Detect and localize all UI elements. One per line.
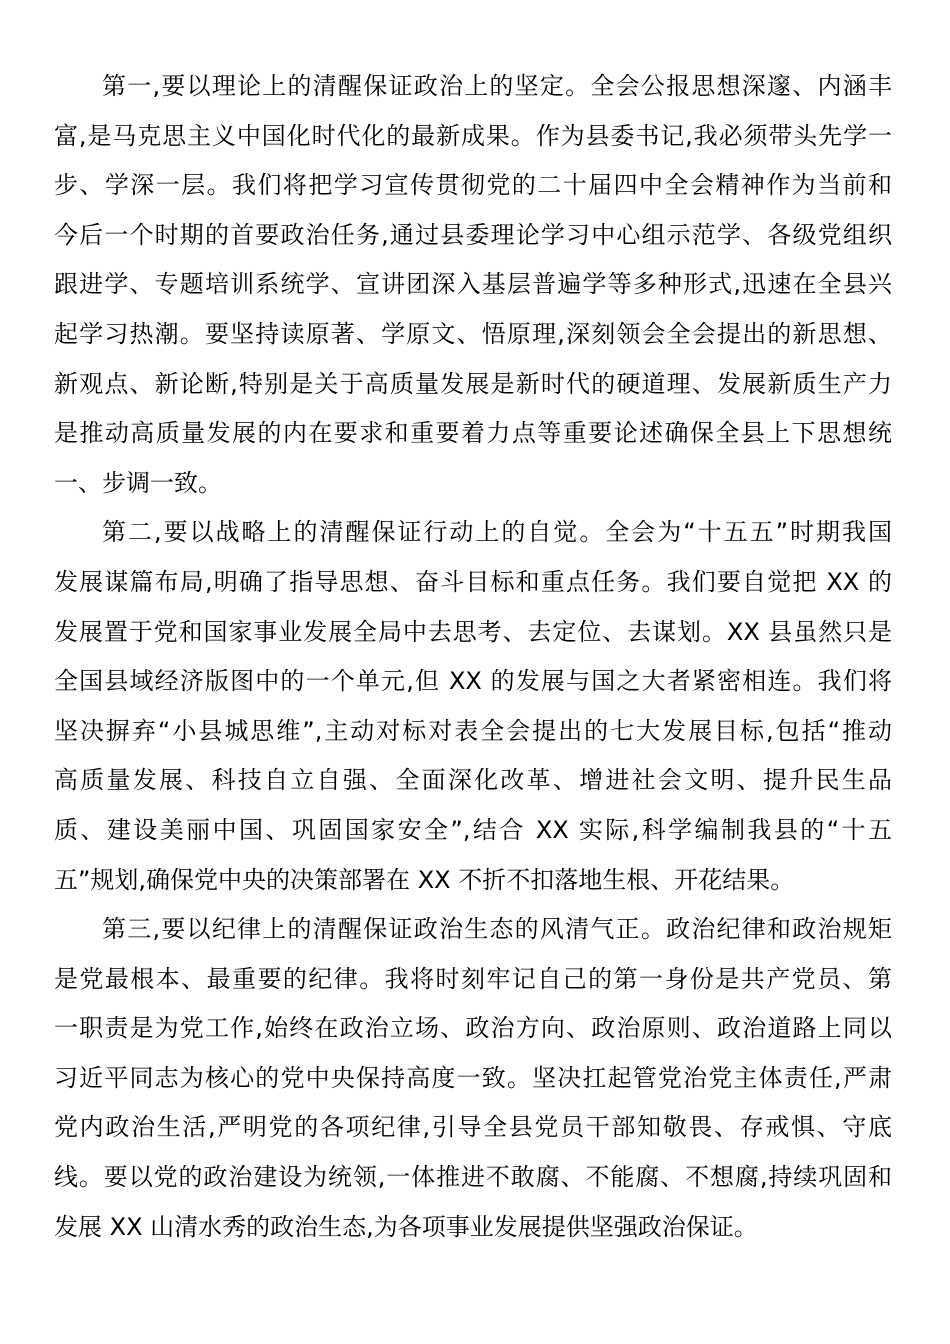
- text-line: 发展谋篇布局,明确了指导思想、奋斗目标和重点任务。我们要自觉把 XX 的: [54, 558, 892, 608]
- text-line: 今后一个时期的首要政治任务,通过县委理论学习中心组示范学、各级党组织: [54, 211, 892, 261]
- text-line: 质、建设美丽中国、巩固国家安全”,结合 XX 实际,科学编制我县的“十五: [54, 806, 892, 856]
- text-line: 新观点、新论断,特别是关于高质量发展是新时代的硬道理、发展新质生产力: [54, 360, 892, 410]
- text-line: 第三,要以纪律上的清醒保证政治生态的风清气正。政治纪律和政治规矩: [54, 905, 892, 955]
- text-line: 起学习热潮。要坚持读原著、学原文、悟原理,深刻领会全会提出的新思想、: [54, 310, 892, 360]
- para-1: 第一,要以理论上的清醒保证政治上的坚定。全会公报思想深邃、内涵丰富,是马克思主义…: [54, 62, 892, 508]
- text-line: 发展 XX 山清水秀的政治生态,为各项事业发展提供坚强政治保证。: [54, 1203, 892, 1253]
- text-line: 第一,要以理论上的清醒保证政治上的坚定。全会公报思想深邃、内涵丰: [54, 62, 892, 112]
- text-line: 一职责是为党工作,始终在政治立场、政治方向、政治原则、政治道路上同以: [54, 1004, 892, 1054]
- text-line: 全国县域经济版图中的一个单元,但 XX 的发展与国之大者紧密相连。我们将: [54, 657, 892, 707]
- text-line: 一、步调一致。: [54, 459, 892, 509]
- text-line: 富,是马克思主义中国化时代化的最新成果。作为县委书记,我必须带头先学一: [54, 112, 892, 162]
- text-line: 是党最根本、最重要的纪律。我将时刻牢记自己的第一身份是共产党员、第: [54, 955, 892, 1005]
- text-line: 第二,要以战略上的清醒保证行动上的自觉。全会为“十五五”时期我国: [54, 508, 892, 558]
- document-body: 第一,要以理论上的清醒保证政治上的坚定。全会公报思想深邃、内涵丰富,是马克思主义…: [54, 62, 892, 1252]
- para-2: 第二,要以战略上的清醒保证行动上的自觉。全会为“十五五”时期我国发展谋篇布局,明…: [54, 508, 892, 905]
- text-line: 习近平同志为核心的党中央保持高度一致。坚决扛起管党治党主体责任,严肃: [54, 1054, 892, 1104]
- text-line: 高质量发展、科技自立自强、全面深化改革、增进社会文明、提升民生品: [54, 756, 892, 806]
- text-line: 线。要以党的政治建设为统领,一体推进不敢腐、不能腐、不想腐,持续巩固和: [54, 1153, 892, 1203]
- document-page: 第一,要以理论上的清醒保证政治上的坚定。全会公报思想深邃、内涵丰富,是马克思主义…: [0, 0, 950, 1344]
- para-3: 第三,要以纪律上的清醒保证政治生态的风清气正。政治纪律和政治规矩是党最根本、最重…: [54, 905, 892, 1252]
- text-line: 五”规划,确保党中央的决策部署在 XX 不折不扣落地生根、开花结果。: [54, 856, 892, 906]
- text-line: 党内政治生活,严明党的各项纪律,引导全县党员干部知敬畏、存戒惧、守底: [54, 1103, 892, 1153]
- text-line: 发展置于党和国家事业发展全局中去思考、去定位、去谋划。XX 县虽然只是: [54, 608, 892, 658]
- text-line: 步、学深一层。我们将把学习宣传贯彻党的二十届四中全会精神作为当前和: [54, 161, 892, 211]
- text-line: 是推动高质量发展的内在要求和重要着力点等重要论述确保全县上下思想统: [54, 409, 892, 459]
- text-line: 坚决摒弃“小县城思维”,主动对标对表全会提出的七大发展目标,包括“推动: [54, 707, 892, 757]
- text-line: 跟进学、专题培训系统学、宣讲团深入基层普遍学等多种形式,迅速在全县兴: [54, 260, 892, 310]
